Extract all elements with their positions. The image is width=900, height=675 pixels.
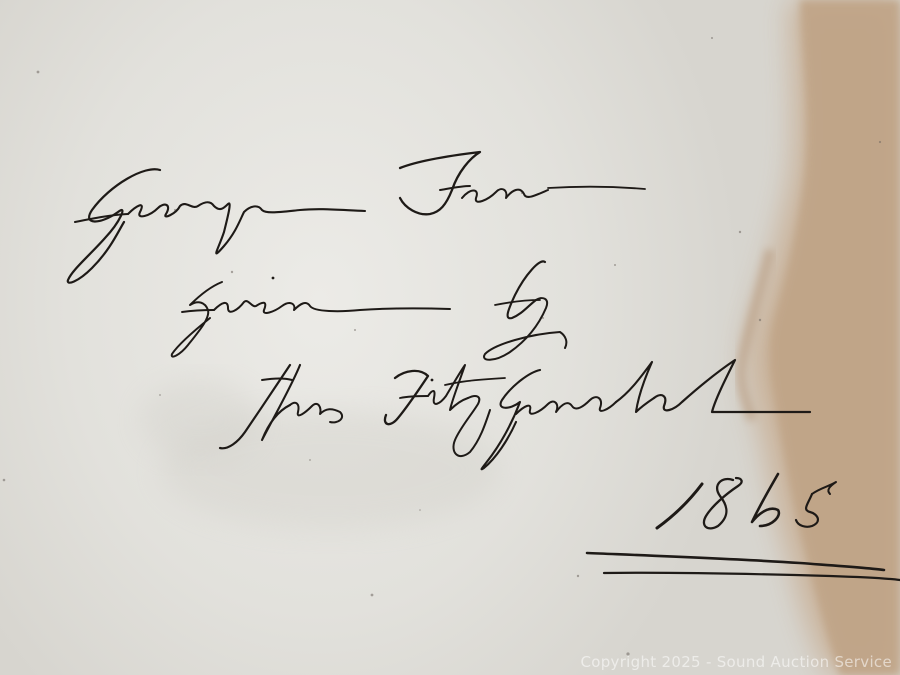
inscription-line-george-fen [68,152,645,283]
handwritten-inscription [0,0,900,675]
aged-paper-page: George Fen Given by Mrs FitzGerald 1865 … [0,0,900,675]
year-double-underline [587,553,900,580]
inscription-line-given-by [172,261,567,359]
inscription-line-year [657,474,836,528]
inscription-line-mrs-fitzgerald [220,360,810,469]
copyright-watermark: Copyright 2025 - Sound Auction Service [580,653,892,671]
